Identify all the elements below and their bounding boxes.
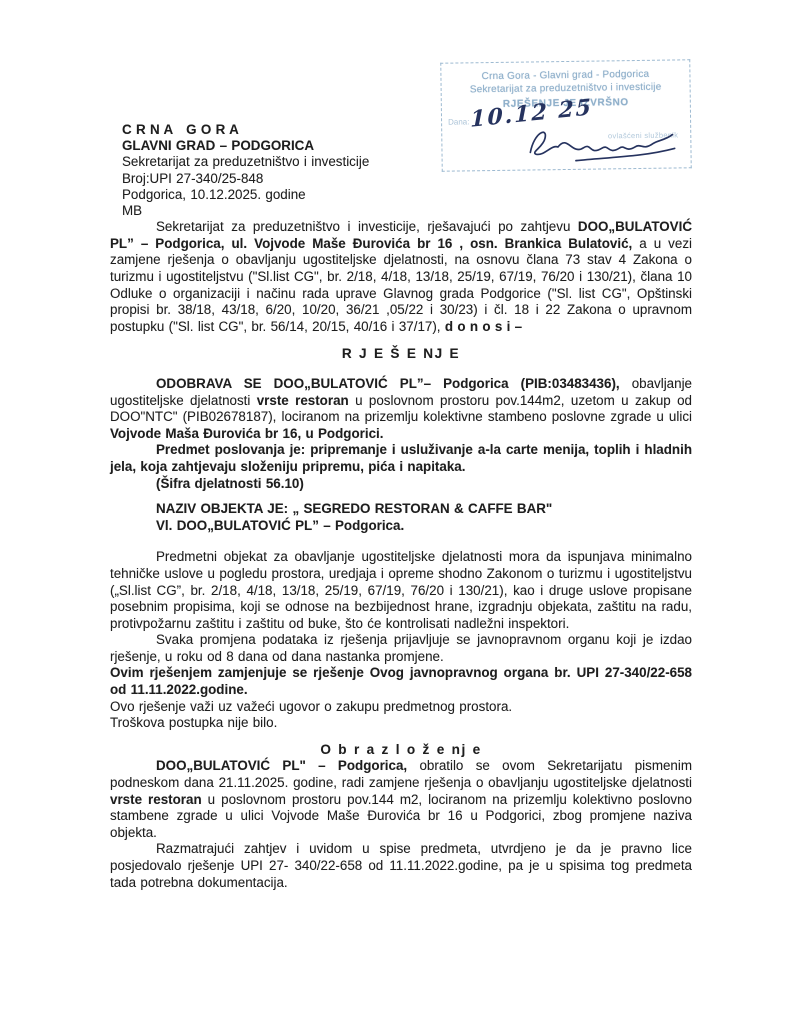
scanned-document-page: Crna Gora - Glavni grad - Podgorica Sekr… [0,0,791,1024]
technical-conditions-paragraph: Predmetni objekat za obavljanje ugostite… [110,549,692,632]
document-body: C R N A G O R A GLAVNI GRAD – PODGORICA … [110,122,692,891]
letterhead-country: C R N A G O R A [122,122,692,138]
object-name-line: NAZIV OBJEKTA JE: „ SEGREDO RESTORAN & C… [156,501,692,518]
lease-validity-line: Ovo rješenje važi uz važeći ugovor o zak… [110,699,692,716]
approval-clause: ODOBRAVA SE DOO„BULATOVIĆ PL”– Podgorica… [156,376,620,391]
object-name-block: NAZIV OBJEKTA JE: „ SEGREDO RESTORAN & C… [156,501,692,534]
object-owner-line: Vl. DOO„BULATOVIĆ PL” – Podgorica. [156,518,692,535]
explanation-paragraph: DOO„BULATOVIĆ PL" – Podgorica, obratilo … [110,758,692,841]
letterhead-place-date: Podgorica, 10.12.2025. godine [122,187,692,203]
intro-donosi: d o n o s i – [445,319,522,334]
letterhead-initials: MB [122,203,692,219]
replacement-clause-paragraph: Ovim rješenjem zamjenjuje se rješenje Ov… [110,665,692,698]
letterhead-city: GLAVNI GRAD – PODGORICA [122,138,692,154]
stamp-line-department: Sekretarijat za preduzetništvo i investi… [442,80,690,96]
letterhead-department: Sekretarijat za preduzetništvo i investi… [122,154,692,170]
obrazlozenje-heading: O b r a z l o ž e nj e [110,742,692,759]
explanation-type: vrste restoran [110,792,202,807]
letterhead: C R N A G O R A GLAVNI GRAD – PODGORICA … [122,122,692,219]
letterhead-case-number: Broj:UPI 27-340/25-848 [122,171,692,187]
intro-lead: Sekretarijat za preduzetništvo i investi… [156,219,578,234]
rjesenje-heading: R J E Š E NJ E [110,346,692,363]
approval-paragraph: ODOBRAVA SE DOO„BULATOVIĆ PL”– Podgorica… [110,376,692,442]
intro-paragraph: Sekretarijat za preduzetništvo i investi… [110,219,692,335]
approval-type: vrste restoran [257,393,349,408]
approval-address: Vojvode Maša Đurovića br 16, u Podgorici… [110,426,383,441]
review-paragraph: Razmatrajući zahtjev i uvidom u spise pr… [110,841,692,891]
change-notification-paragraph: Svaka promjena podataka iz rješenja prij… [110,632,692,665]
activity-code: (Šifra djelatnosti 56.10) [156,476,692,493]
business-subject-paragraph: Predmet poslovanja je: pripremanje i usl… [110,442,692,475]
costs-line: Troškova postupka nije bilo. [110,715,692,732]
explanation-party: DOO„BULATOVIĆ PL" – Podgorica, [156,758,407,773]
